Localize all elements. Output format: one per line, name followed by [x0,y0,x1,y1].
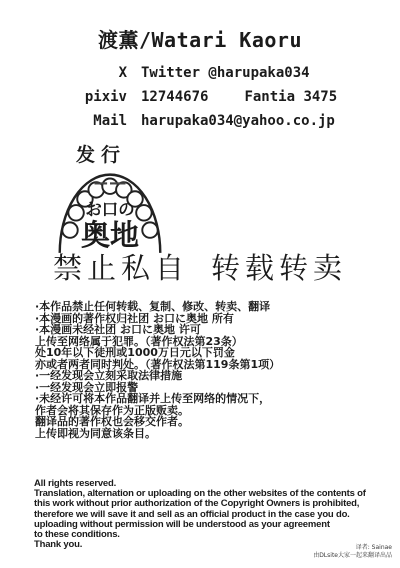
contact-row-mail: Mail harupaka034@yahoo.co.jp [55,109,355,133]
legal-para-translation: ·未经许可将本作品翻译并上传至网络的情况下， 作者会将其保存作为正版贩卖。 翻译… [35,393,365,439]
legal-terms: ·本作品禁止任何转载、复制、修改、转卖、翻译 ·本漫画的著作权归社团 お口に奥地… [35,301,365,439]
legal-line: 处10年以下徒刑或1000万日元以下罚金 [35,347,365,359]
translator-credit: 译者: Sainae 由DLsite大家一起来翻译出品 [313,544,392,559]
english-rights-statement: All rights reserved. Translation, altern… [34,479,379,550]
credits-page: 渡薫/Watari Kaoru X Twitter @harupaka034 p… [0,0,400,568]
circle-logo: お口の 奥地 [52,161,168,253]
english-line: to these conditions. [34,530,379,540]
logo-fine-print [95,182,126,184]
prohibition-heading: 禁止私自转载转卖 [0,246,400,287]
legal-para-legal-action: ·一经发现会立刻采取法律措施 [35,370,365,382]
contact-row-x: X Twitter @harupaka034 [55,61,355,85]
author-name: 渡薫/Watari Kaoru [0,24,400,53]
legal-line: 上传即视为同意该条目。 [35,428,365,440]
legal-line: 翻译品的著作权也会移交作者。 [35,416,365,428]
contact-row-pixiv: pixiv 12744676 Fantia 3475 [55,85,355,109]
contact-label-x: X [55,61,127,85]
logo-text-line1: お口の [85,200,134,219]
contact-value-twitter: Twitter @harupaka034 [141,61,310,85]
contact-value-fantia: Fantia 3475 [244,85,337,109]
legal-line: ·本漫画未经社团 お口に奥地 许可 [35,324,365,336]
contact-value-pixiv-id: 12744676 [141,85,208,109]
legal-line: ·未经许可将本作品翻译并上传至网络的情况下， [35,393,365,405]
legal-para-copyright: ·本漫画的著作权归社团 お口に奥地 所有 ·本漫画未经社团 お口に奥地 许可 上… [35,313,365,371]
contact-value-email: harupaka034@yahoo.co.jp [141,109,335,133]
translation-service: 由DLsite大家一起来翻译出品 [313,552,392,560]
legal-para-no-reproduction: ·本作品禁止任何转载、复制、修改、转卖、翻译 [35,301,365,313]
prohibition-heading-part2: 转载转卖 [211,253,347,285]
translator-name: 译者: Sainae [313,544,392,552]
contact-label-mail: Mail [55,109,127,133]
contact-label-pixiv: pixiv [55,85,127,109]
prohibition-heading-part1: 禁止私自 [53,253,189,285]
contact-list: X Twitter @harupaka034 pixiv 12744676 Fa… [55,61,355,133]
